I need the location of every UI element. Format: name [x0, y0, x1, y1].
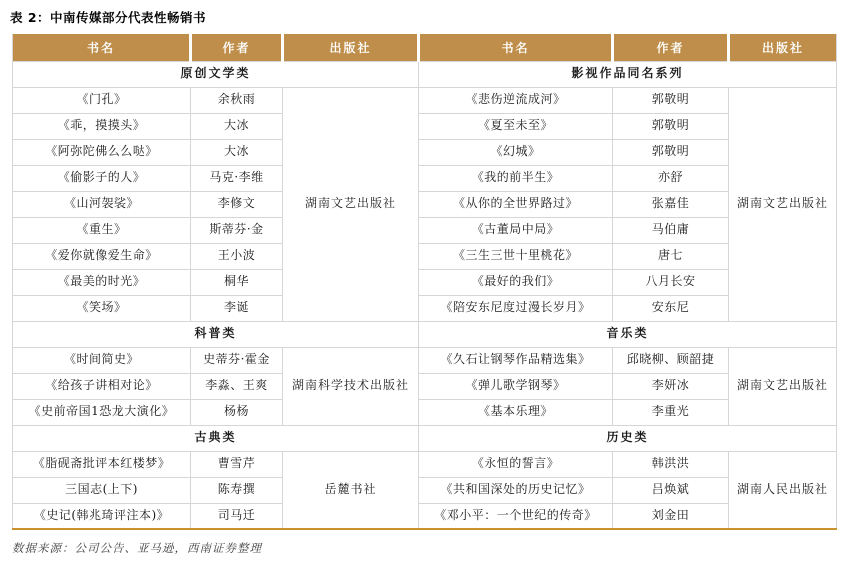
author-cell: 曹雪芹 [191, 451, 283, 477]
book-title-cell: 《最美的时光》 [13, 269, 191, 295]
book-title-cell: 《史记(韩兆琦评注本)》 [13, 503, 191, 529]
table-row: 《笑场》李诞《陪安东尼度过漫长岁月》安东尼 [13, 295, 837, 321]
book-title-cell: 《史前帝国1恐龙大演化》 [13, 399, 191, 425]
author-cell: 杨杨 [191, 399, 283, 425]
table-row: 《山河袈裟》李修文《从你的全世界路过》张嘉佳 [13, 191, 837, 217]
author-cell: 桐华 [191, 269, 283, 295]
book-title-cell: 《偷影子的人》 [13, 165, 191, 191]
author-cell: 郭敬明 [613, 139, 729, 165]
column-header-author: 作者 [613, 34, 729, 61]
book-title-cell: 《古董局中局》 [419, 217, 613, 243]
book-title-cell: 《阿弥陀佛么么哒》 [13, 139, 191, 165]
book-title-cell: 《我的前半生》 [419, 165, 613, 191]
author-cell: 李重光 [613, 399, 729, 425]
bestseller-table: 书名作者出版社书名作者出版社原创文学类影视作品同名系列《门孔》余秋雨湖南文艺出版… [12, 34, 837, 530]
publisher-cell: 湖南文艺出版社 [283, 87, 419, 321]
book-title-cell: 《共和国深处的历史记忆》 [419, 477, 613, 503]
author-cell: 王小波 [191, 243, 283, 269]
section-row: 古典类历史类 [13, 425, 837, 451]
author-cell: 郭敬明 [613, 113, 729, 139]
publisher-cell: 湖南人民出版社 [729, 451, 837, 529]
section-title-right: 影视作品同名系列 [419, 61, 837, 87]
section-title-left: 科普类 [13, 321, 419, 347]
publisher-cell: 湖南科学技术出版社 [283, 347, 419, 425]
book-title-cell: 《从你的全世界路过》 [419, 191, 613, 217]
author-cell: 余秋雨 [191, 87, 283, 113]
book-title-cell: 《给孩子讲相对论》 [13, 373, 191, 399]
publisher-cell: 湖南文艺出版社 [729, 87, 837, 321]
table-row: 《门孔》余秋雨湖南文艺出版社《悲伤逆流成河》郭敬明湖南文艺出版社 [13, 87, 837, 113]
table-row: 《乖，摸摸头》大冰《夏至未至》郭敬明 [13, 113, 837, 139]
author-cell: 李诞 [191, 295, 283, 321]
book-title-cell: 《山河袈裟》 [13, 191, 191, 217]
table-row: 《偷影子的人》马克·李维《我的前半生》亦舒 [13, 165, 837, 191]
section-title-right: 历史类 [419, 425, 837, 451]
author-cell: 刘金田 [613, 503, 729, 529]
author-cell: 亦舒 [613, 165, 729, 191]
section-row: 原创文学类影视作品同名系列 [13, 61, 837, 87]
column-header-book: 书名 [419, 34, 613, 61]
book-title-cell: 《时间简史》 [13, 347, 191, 373]
book-title-cell: 《乖，摸摸头》 [13, 113, 191, 139]
book-title-cell: 《悲伤逆流成河》 [419, 87, 613, 113]
section-row: 科普类音乐类 [13, 321, 837, 347]
author-cell: 史蒂芬·霍金 [191, 347, 283, 373]
author-cell: 唐七 [613, 243, 729, 269]
author-cell: 斯蒂芬·金 [191, 217, 283, 243]
table-header-row: 书名作者出版社书名作者出版社 [13, 34, 837, 61]
section-title-left: 古典类 [13, 425, 419, 451]
publisher-cell: 岳麓书社 [283, 451, 419, 529]
author-cell: 陈寿撰 [191, 477, 283, 503]
book-title-cell: 《三生三世十里桃花》 [419, 243, 613, 269]
section-title-left: 原创文学类 [13, 61, 419, 87]
author-cell: 司马迁 [191, 503, 283, 529]
column-header-publisher: 出版社 [283, 34, 419, 61]
table-row: 《史记(韩兆琦评注本)》司马迁《邓小平：一个世纪的传奇》刘金田 [13, 503, 837, 529]
column-header-author: 作者 [191, 34, 283, 61]
book-title-cell: 《幻城》 [419, 139, 613, 165]
author-cell: 张嘉佳 [613, 191, 729, 217]
book-title-cell: 《弹儿歌学钢琴》 [419, 373, 613, 399]
section-title-right: 音乐类 [419, 321, 837, 347]
book-title-cell: 《基本乐理》 [419, 399, 613, 425]
table-row: 《给孩子讲相对论》李淼、王爽《弹儿歌学钢琴》李妍冰 [13, 373, 837, 399]
table-title: 表 2：中南传媒部分代表性畅销书 [10, 8, 848, 26]
book-title-cell: 三国志(上下) [13, 477, 191, 503]
author-cell: 马伯庸 [613, 217, 729, 243]
book-title-cell: 《爱你就像爱生命》 [13, 243, 191, 269]
table-row: 《脂砚斋批评本红楼梦》曹雪芹岳麓书社《永恒的誓言》韩洪洪湖南人民出版社 [13, 451, 837, 477]
author-cell: 安东尼 [613, 295, 729, 321]
author-cell: 邱晓柳、顾韶捷 [613, 347, 729, 373]
book-title-cell: 《笑场》 [13, 295, 191, 321]
author-cell: 李修文 [191, 191, 283, 217]
column-header-publisher: 出版社 [729, 34, 837, 61]
author-cell: 大冰 [191, 113, 283, 139]
author-cell: 吕焕斌 [613, 477, 729, 503]
author-cell: 李淼、王爽 [191, 373, 283, 399]
book-title-cell: 《久石让钢琴作品精选集》 [419, 347, 613, 373]
table-row: 《最美的时光》桐华《最好的我们》八月长安 [13, 269, 837, 295]
author-cell: 大冰 [191, 139, 283, 165]
book-title-cell: 《邓小平：一个世纪的传奇》 [419, 503, 613, 529]
publisher-cell: 湖南文艺出版社 [729, 347, 837, 425]
book-title-cell: 《陪安东尼度过漫长岁月》 [419, 295, 613, 321]
book-title-cell: 《脂砚斋批评本红楼梦》 [13, 451, 191, 477]
table-row: 《时间简史》史蒂芬·霍金湖南科学技术出版社《久石让钢琴作品精选集》邱晓柳、顾韶捷… [13, 347, 837, 373]
book-title-cell: 《门孔》 [13, 87, 191, 113]
author-cell: 韩洪洪 [613, 451, 729, 477]
table-row: 《重生》斯蒂芬·金《古董局中局》马伯庸 [13, 217, 837, 243]
author-cell: 马克·李维 [191, 165, 283, 191]
author-cell: 李妍冰 [613, 373, 729, 399]
column-header-book: 书名 [13, 34, 191, 61]
table-row: 《爱你就像爱生命》王小波《三生三世十里桃花》唐七 [13, 243, 837, 269]
book-title-cell: 《夏至未至》 [419, 113, 613, 139]
book-title-cell: 《重生》 [13, 217, 191, 243]
author-cell: 郭敬明 [613, 87, 729, 113]
book-title-cell: 《最好的我们》 [419, 269, 613, 295]
table-row: 三国志(上下)陈寿撰《共和国深处的历史记忆》吕焕斌 [13, 477, 837, 503]
author-cell: 八月长安 [613, 269, 729, 295]
table-row: 《阿弥陀佛么么哒》大冰《幻城》郭敬明 [13, 139, 837, 165]
table-row: 《史前帝国1恐龙大演化》杨杨《基本乐理》李重光 [13, 399, 837, 425]
book-title-cell: 《永恒的誓言》 [419, 451, 613, 477]
source-note: 数据来源：公司公告、亚马逊，西南证券整理 [12, 540, 848, 556]
